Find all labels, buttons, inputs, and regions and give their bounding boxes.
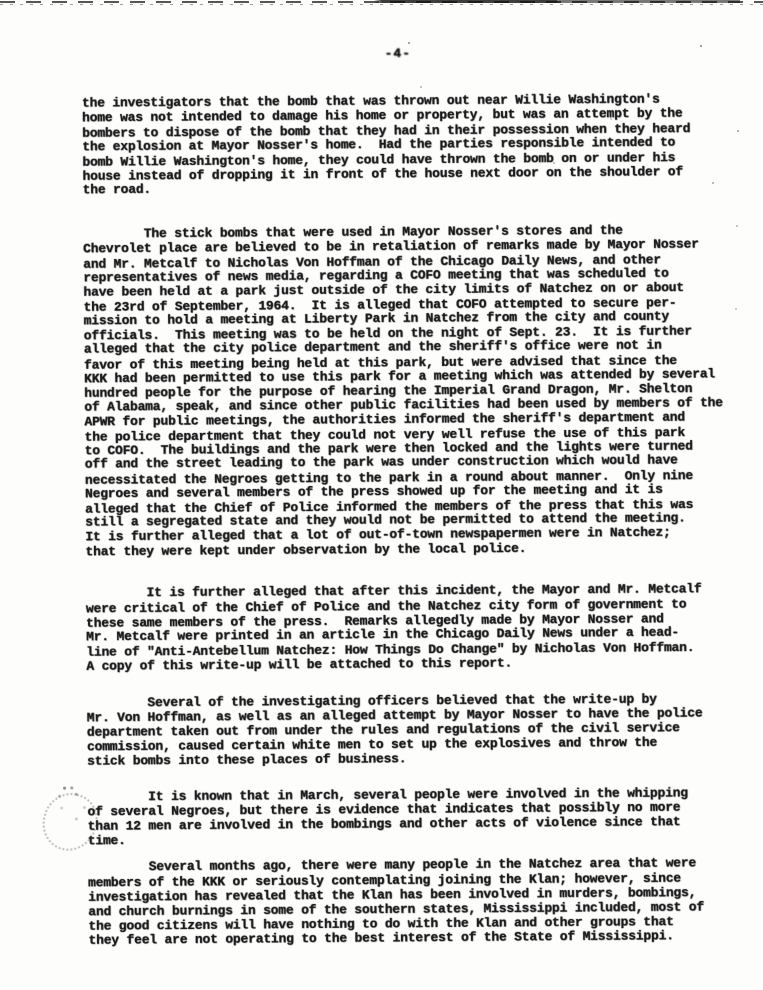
paragraph: The stick bombs that were used in Mayor … — [83, 223, 758, 560]
paragraph: It is further alleged that after this in… — [86, 582, 759, 674]
text-line: they feel are not operating to the best … — [88, 929, 760, 949]
text-line: that they were kept under observation by… — [85, 540, 757, 560]
paragraph: Several of the investigating officers be… — [87, 692, 760, 769]
page-number: -4- — [384, 46, 411, 61]
text-line: stick bombs into these places of busines… — [87, 750, 759, 770]
document-text: the investigators that the bomb that was… — [82, 92, 761, 948]
paragraph: Several months ago, there were many peop… — [88, 856, 761, 948]
toner-specks — [0, 0, 2, 2]
paragraph: the investigators that the bomb that was… — [82, 92, 755, 198]
page-content: -4- the investigators that the bomb that… — [0, 0, 763, 990]
paragraph: It is known that in March, several peopl… — [87, 786, 759, 849]
document-page: -4- the investigators that the bomb that… — [0, 0, 763, 990]
text-line: A copy of this write-up will be attached… — [86, 655, 758, 675]
